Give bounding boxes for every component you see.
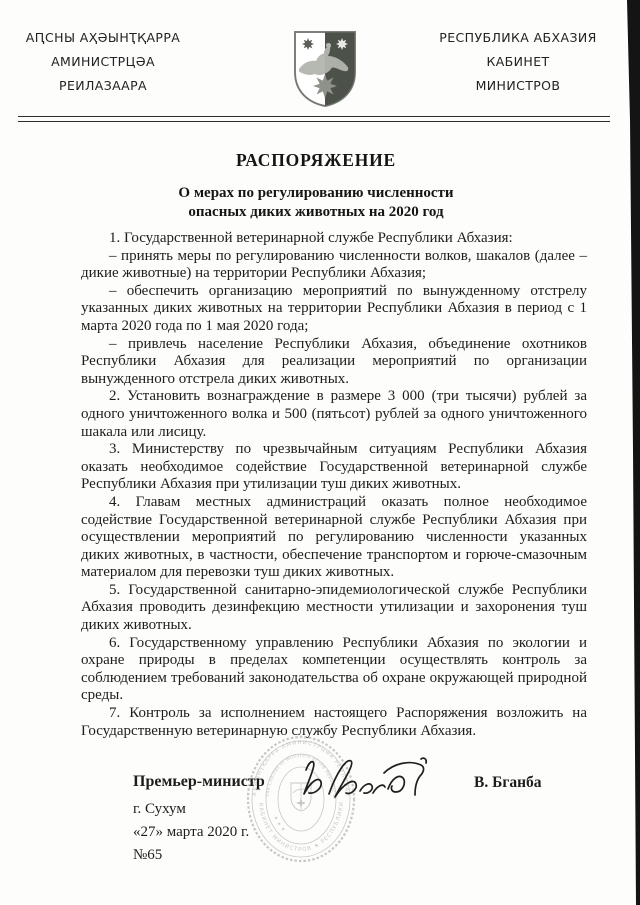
letterhead-right-russian: РЕСПУБЛИКА АБХАЗИЯ КАБИНЕТ МИНИСТРОВ xyxy=(432,28,604,100)
svg-text:★ ★ ★: ★ ★ ★ xyxy=(272,815,287,833)
paragraph-1-dash3: – привлечь население Республики Абхазия,… xyxy=(81,336,587,389)
letterhead-left-line1: АԤСНЫ АҲӘЫНҬҚАРРА xyxy=(18,28,188,52)
letterhead-left-abkhaz: АԤСНЫ АҲӘЫНҬҚАРРА АМИНИСТРЦӘА РЕИЛАЗААРА xyxy=(18,28,188,100)
signer-name: В. Бганба xyxy=(474,774,542,792)
letterhead-left-line2: АМИНИСТРЦӘА xyxy=(18,52,188,76)
document-number: №65 xyxy=(133,847,162,864)
document-page: АԤСНЫ АҲӘЫНҬҚАРРА АМИНИСТРЦӘА РЕИЛАЗААРА xyxy=(0,0,640,905)
coat-of-arms-icon xyxy=(291,29,359,109)
subtitle-line2: опасных диких животных на 2020 год xyxy=(0,203,632,222)
paragraph-1-dash2: – обеспечить организацию мероприятий по … xyxy=(81,283,587,336)
subtitle-line1: О мерах по регулированию численности xyxy=(0,184,632,203)
letterhead-right-line1: РЕСПУБЛИКА АБХАЗИЯ xyxy=(432,28,604,52)
signature-city: г. Сухум xyxy=(133,801,186,818)
letterhead-left-line3: РЕИЛАЗААРА xyxy=(18,76,188,100)
paragraph-3: 3. Министерству по чрезвычайным ситуация… xyxy=(81,441,587,494)
paragraph-1-dash1: – принять меры по регулированию численно… xyxy=(81,248,587,283)
paragraph-6: 6. Государственному управлению Республик… xyxy=(81,635,587,705)
document-title: РАСПОРЯЖЕНИЕ xyxy=(0,150,632,171)
header-divider-rule xyxy=(18,116,610,122)
signer-post-label: Премьер-министр xyxy=(133,773,265,791)
letterhead-right-line3: МИНИСТРОВ xyxy=(432,76,604,100)
paragraph-5: 5. Государственной санитарно-эпидемиолог… xyxy=(81,582,587,635)
signature-autograph xyxy=(288,750,436,812)
letterhead-right-line2: КАБИНЕТ xyxy=(432,52,604,76)
paragraph-2: 2. Установить вознаграждение в размере 3… xyxy=(81,388,587,441)
scan-edge-artifact xyxy=(626,0,640,905)
signature-date: «27» марта 2020 г. xyxy=(133,824,249,841)
decree-body: 1. Государственной ветеринарной службе Р… xyxy=(81,230,587,740)
paragraph-4: 4. Главам местных администраций оказать … xyxy=(81,494,587,582)
document-subtitle: О мерах по регулированию численности опа… xyxy=(0,184,632,222)
paragraph-1: 1. Государственной ветеринарной службе Р… xyxy=(81,230,587,248)
